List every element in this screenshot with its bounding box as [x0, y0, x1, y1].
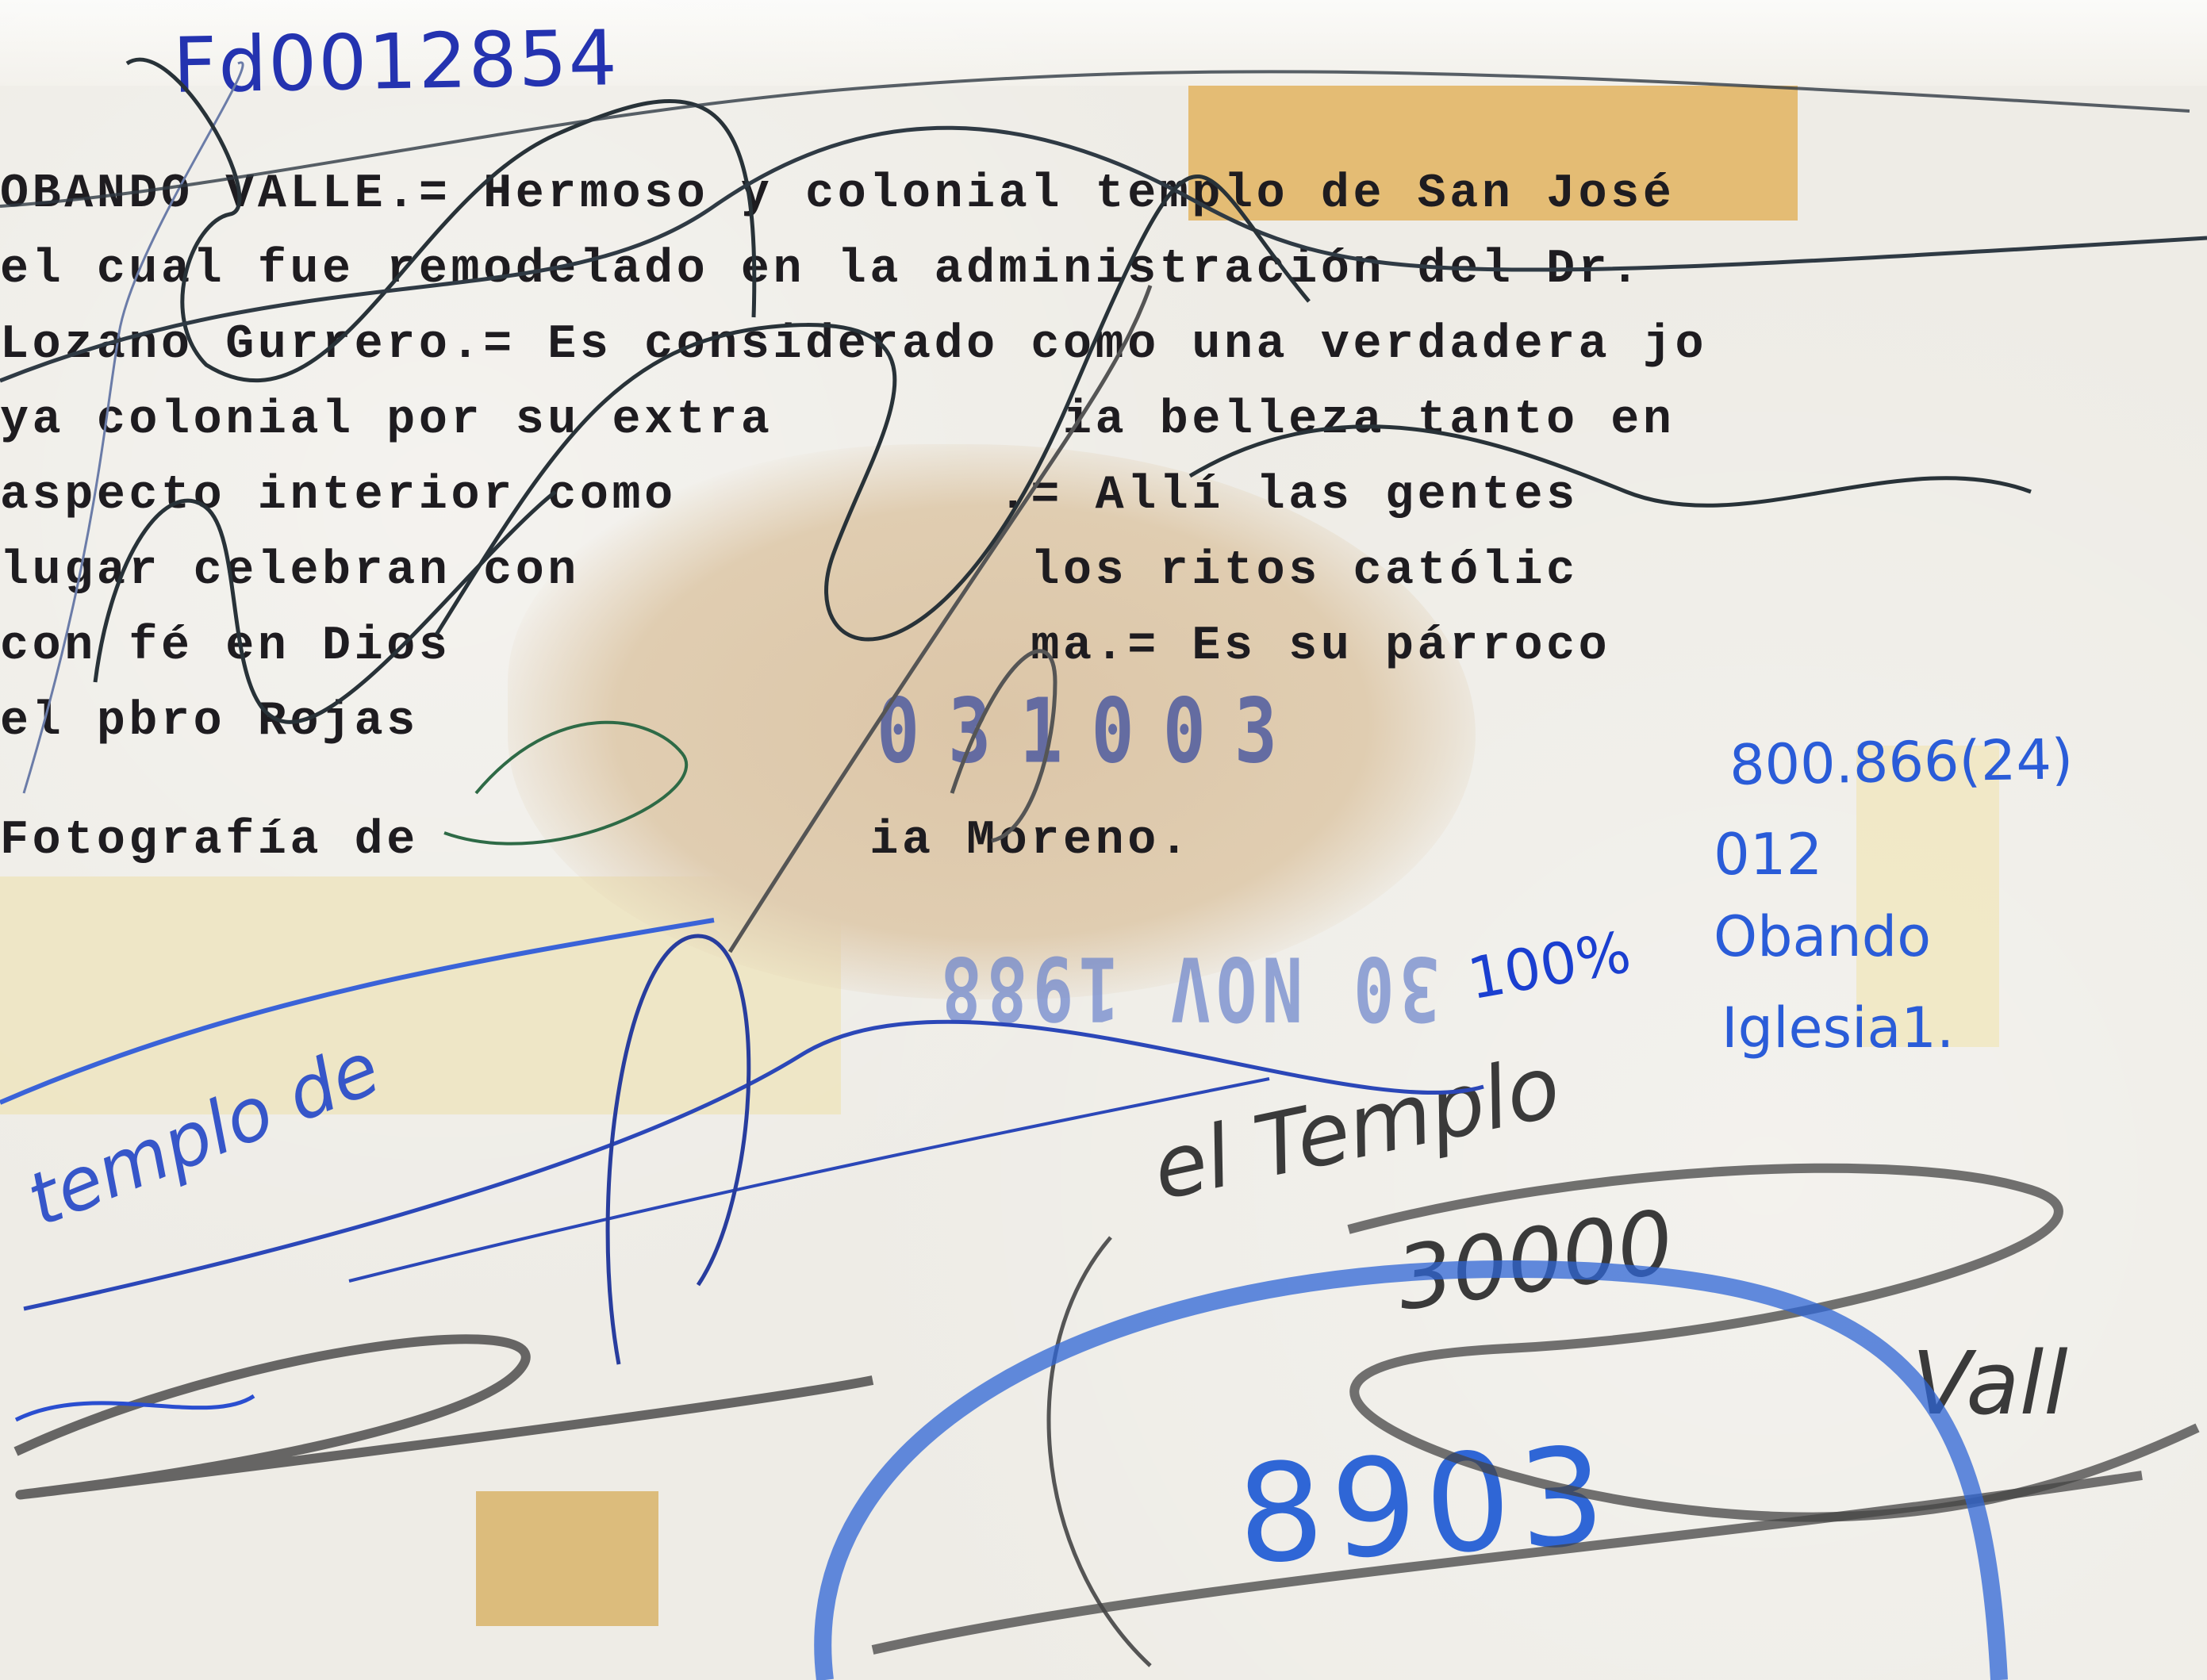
handwritten-code: 012 — [1714, 821, 1822, 888]
handwritten-place: Obando — [1714, 904, 1931, 969]
typed-line: lugar celebran con los ritos católic — [0, 547, 1579, 595]
typed-line: OBANDO VALLE.= Hermoso y colonial templo… — [0, 171, 1675, 218]
number-stamp: 031003 — [877, 680, 1306, 784]
handwritten-classification: 800.866(24) — [1729, 727, 2074, 798]
typed-line: ya colonial por su extra ia belleza tant… — [0, 397, 1675, 444]
tape-residue-bottom — [476, 1491, 658, 1626]
typed-line: el pbro Rojas — [0, 698, 419, 746]
typed-line: con fé en Dios ma.= Es su párroco — [0, 623, 1610, 670]
typed-line: el cual fue remodelado en la administrac… — [0, 246, 1643, 293]
date-stamp: 30 NOV 1988 — [936, 936, 1441, 1039]
handwritten-subject: Iglesia1. — [1721, 995, 1954, 1061]
catalog-number: Fd0012854 — [172, 13, 620, 110]
photo-back-card: Fd0012854 OBANDO VALLE.= Hermoso y colon… — [0, 0, 2207, 1680]
typed-line: Lozano Gurrero.= Es considerado como una… — [0, 321, 1707, 369]
typed-line: aspecto interior como .= Allí las gentes — [0, 472, 1579, 520]
pencil-scribbled-word: Vall — [1912, 1333, 2068, 1434]
typed-line: Fotografía de ia Moreno. — [0, 817, 1192, 865]
crayon-number: 8903 — [1234, 1418, 1616, 1594]
